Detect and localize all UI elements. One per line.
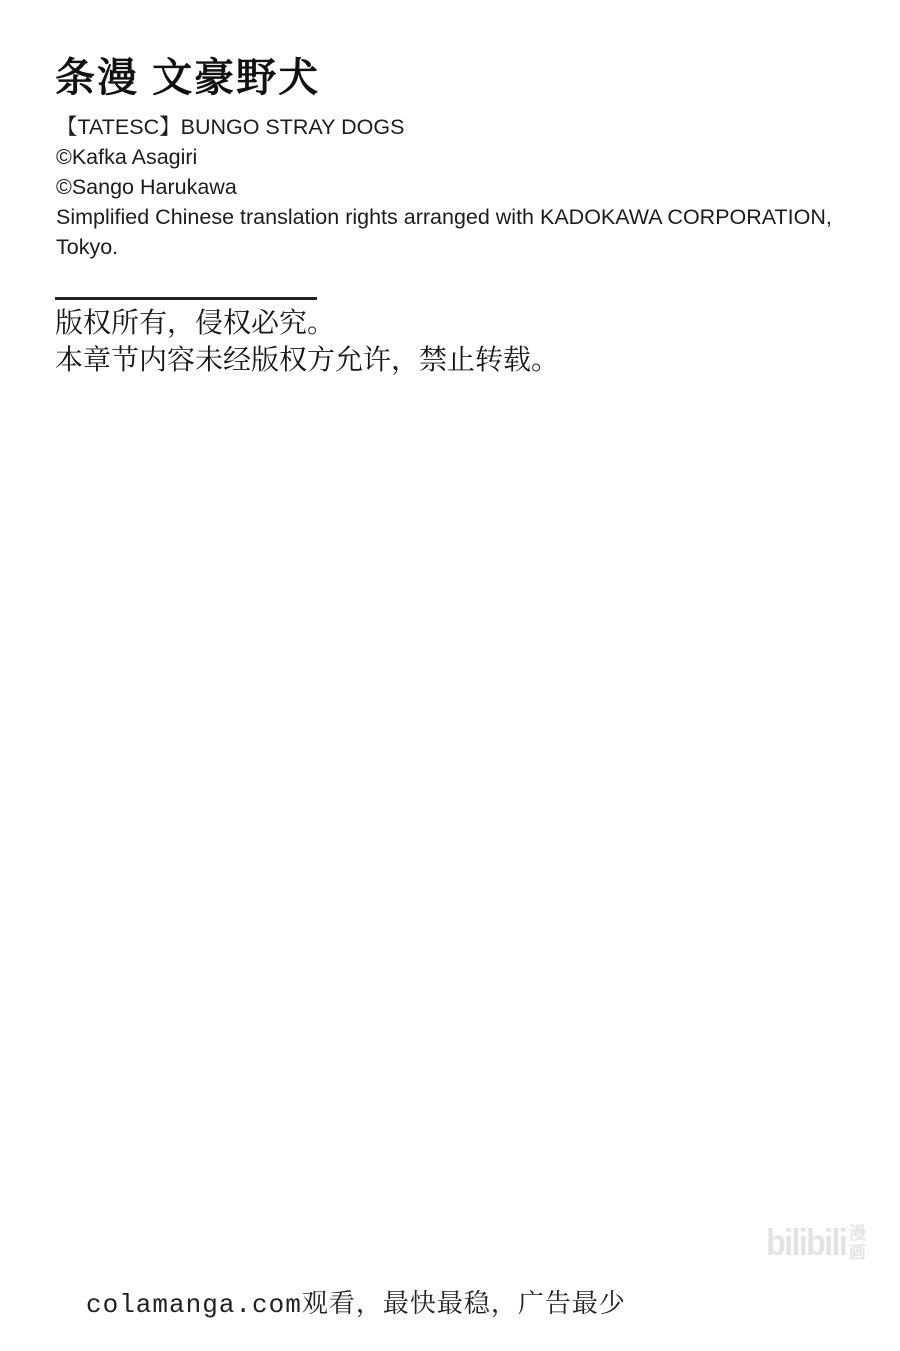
manga-label: 漫 画 (849, 1224, 866, 1262)
divider-line (55, 297, 317, 300)
credit-line-author: ©Kafka Asagiri (56, 142, 890, 172)
credit-line-series: 【TATESC】BUNGO STRAY DOGS (56, 112, 890, 142)
manga-label-top: 漫 (849, 1224, 866, 1243)
manga-credits-page: 条漫 文豪野犬 【TATESC】BUNGO STRAY DOGS ©Kafka … (0, 0, 900, 1351)
credit-line-artist: ©Sango Harukawa (56, 172, 890, 202)
copyright-notice: 版权所有，侵权必究。 本章节内容未经版权方允许，禁止转载。 (55, 304, 755, 378)
credit-line-rights: Simplified Chinese translation rights ar… (56, 202, 890, 232)
page-title: 条漫 文豪野犬 (55, 46, 320, 103)
bilibili-manga-watermark: bilibili 漫 画 (766, 1222, 866, 1264)
notice-line-rights-reserved: 版权所有，侵权必究。 (55, 304, 755, 341)
credit-line-rights-city: Tokyo. (56, 232, 890, 262)
manga-label-bottom: 画 (849, 1243, 866, 1262)
credits-block: 【TATESC】BUNGO STRAY DOGS ©Kafka Asagiri … (56, 112, 890, 262)
footer-caption: colamanga.com观看，最快最稳，广告最少 (86, 1283, 626, 1320)
notice-line-no-reprint: 本章节内容未经版权方允许，禁止转载。 (55, 341, 755, 378)
bilibili-logo: bilibili (766, 1222, 846, 1264)
